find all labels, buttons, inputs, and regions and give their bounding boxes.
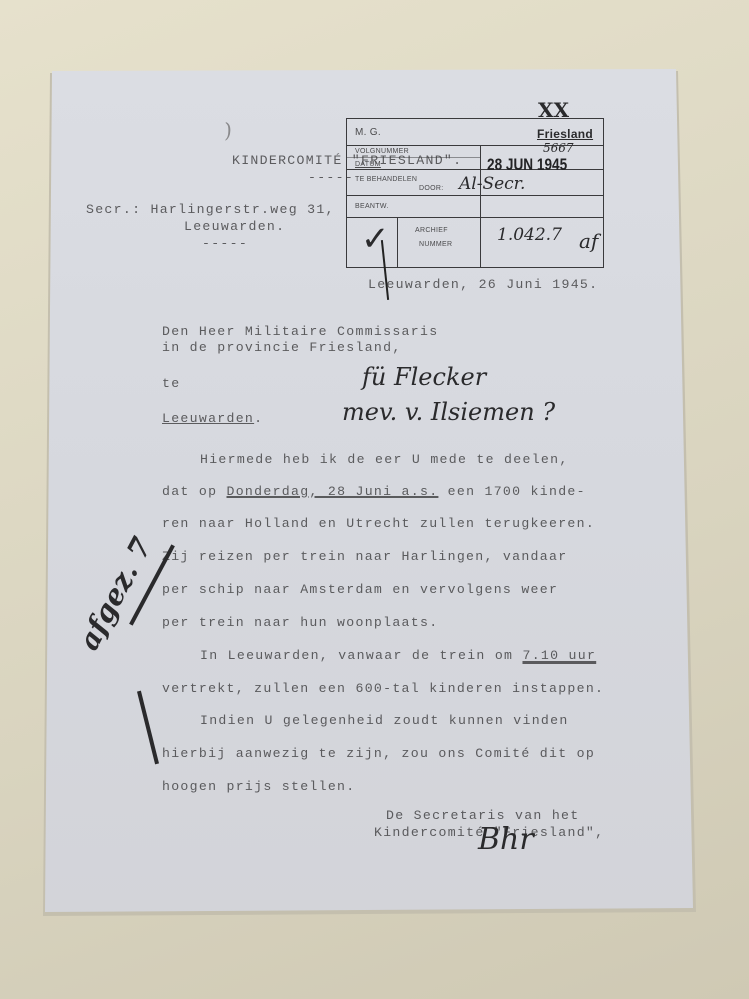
body-line-1: Hiermede heb ik de eer U mede te deelen, bbox=[200, 452, 569, 467]
stamp-door-value: Al-Secr. bbox=[459, 174, 525, 194]
highlighted-date: Donderdag, 28 Juni a.s. bbox=[227, 484, 439, 499]
body-line-5: per schip naar Amsterdam en vervolgens w… bbox=[162, 582, 558, 597]
addressee-line1: Den Heer Militaire Commissaris bbox=[162, 324, 438, 339]
body-line-11: hoogen prijs stellen. bbox=[162, 779, 356, 794]
stamp-beantw-label: BEANTW. bbox=[355, 203, 389, 210]
addressee-line3: te bbox=[162, 376, 180, 391]
date-line: Leeuwarden, 26 Juni 1945. bbox=[368, 277, 598, 292]
stamp-datum-value: 28 JUN 1945 bbox=[487, 155, 567, 175]
handwritten-note-line2: mev. v. Ilsiemen ? bbox=[342, 398, 555, 426]
stamp-nummer-label: NUMMER bbox=[419, 241, 452, 248]
body-line-7: In Leeuwarden, vanwaar de trein om 7.10 … bbox=[200, 648, 596, 663]
stamp-archief-initials: af bbox=[579, 229, 598, 253]
stamp-te-behandelen-label: TE BEHANDELEN bbox=[355, 176, 417, 183]
stamp-volgnummer-label: VOLGNUMMER bbox=[355, 148, 409, 155]
body-line-3: ren naar Holland en Utrecht zullen terug… bbox=[162, 516, 595, 531]
stamp-top-marks: XX bbox=[538, 98, 569, 122]
letterhead-address-line1: Secr.: Harlingerstr.weg 31, bbox=[86, 202, 335, 217]
body-line-6: per trein naar hun woonplaats. bbox=[162, 615, 438, 630]
stamp-door-label: DOOR: bbox=[419, 185, 443, 192]
letterhead-address-dashes: ----- bbox=[202, 236, 248, 251]
body-line-8: vertrekt, zullen een 600-tal kinderen in… bbox=[162, 681, 604, 696]
letterhead-address-line2: Leeuwarden. bbox=[184, 219, 285, 234]
registration-stamp: M. G. Friesland VOLGNUMMER 5667 DATUM 28… bbox=[346, 118, 604, 268]
margin-stroke-2 bbox=[137, 691, 159, 765]
body-line-9: Indien U gelegenheid zoudt kunnen vinden bbox=[200, 713, 569, 728]
highlighted-time: 7.10 uur bbox=[522, 648, 596, 663]
stamp-header-right: Friesland bbox=[537, 127, 593, 141]
body-line-2: dat op Donderdag, 28 Juni a.s. een 1700 … bbox=[162, 484, 586, 499]
addressee-line4: Leeuwarden. bbox=[162, 411, 263, 426]
stamp-header-left: M. G. bbox=[355, 127, 381, 138]
handwritten-note-line1: fü Flecker bbox=[362, 363, 486, 391]
body-line-10: hierbij aanwezig te zijn, zou ons Comité… bbox=[162, 746, 595, 761]
stamp-volgnummer-value: 5667 bbox=[543, 141, 574, 155]
closing-line1: De Secretaris van het bbox=[386, 808, 580, 823]
addressee-line2: in de provincie Friesland, bbox=[162, 340, 402, 355]
signature: Bhr bbox=[478, 822, 534, 857]
stamp-check-mark: ✓ bbox=[361, 219, 390, 259]
stamp-archief-label: ARCHIEF bbox=[415, 227, 448, 234]
addressee-city: Leeuwarden bbox=[162, 411, 254, 426]
stamp-datum-label: DATUM bbox=[355, 161, 381, 168]
letter-page: ) KINDERCOMITÉ "FRIESLAND". ----- Secr.:… bbox=[0, 0, 749, 999]
body-line-4: Zij reizen per trein naar Harlingen, van… bbox=[162, 549, 567, 564]
pencil-mark: ) bbox=[222, 118, 234, 143]
stamp-archief-value: 1.042.7 bbox=[497, 225, 562, 245]
